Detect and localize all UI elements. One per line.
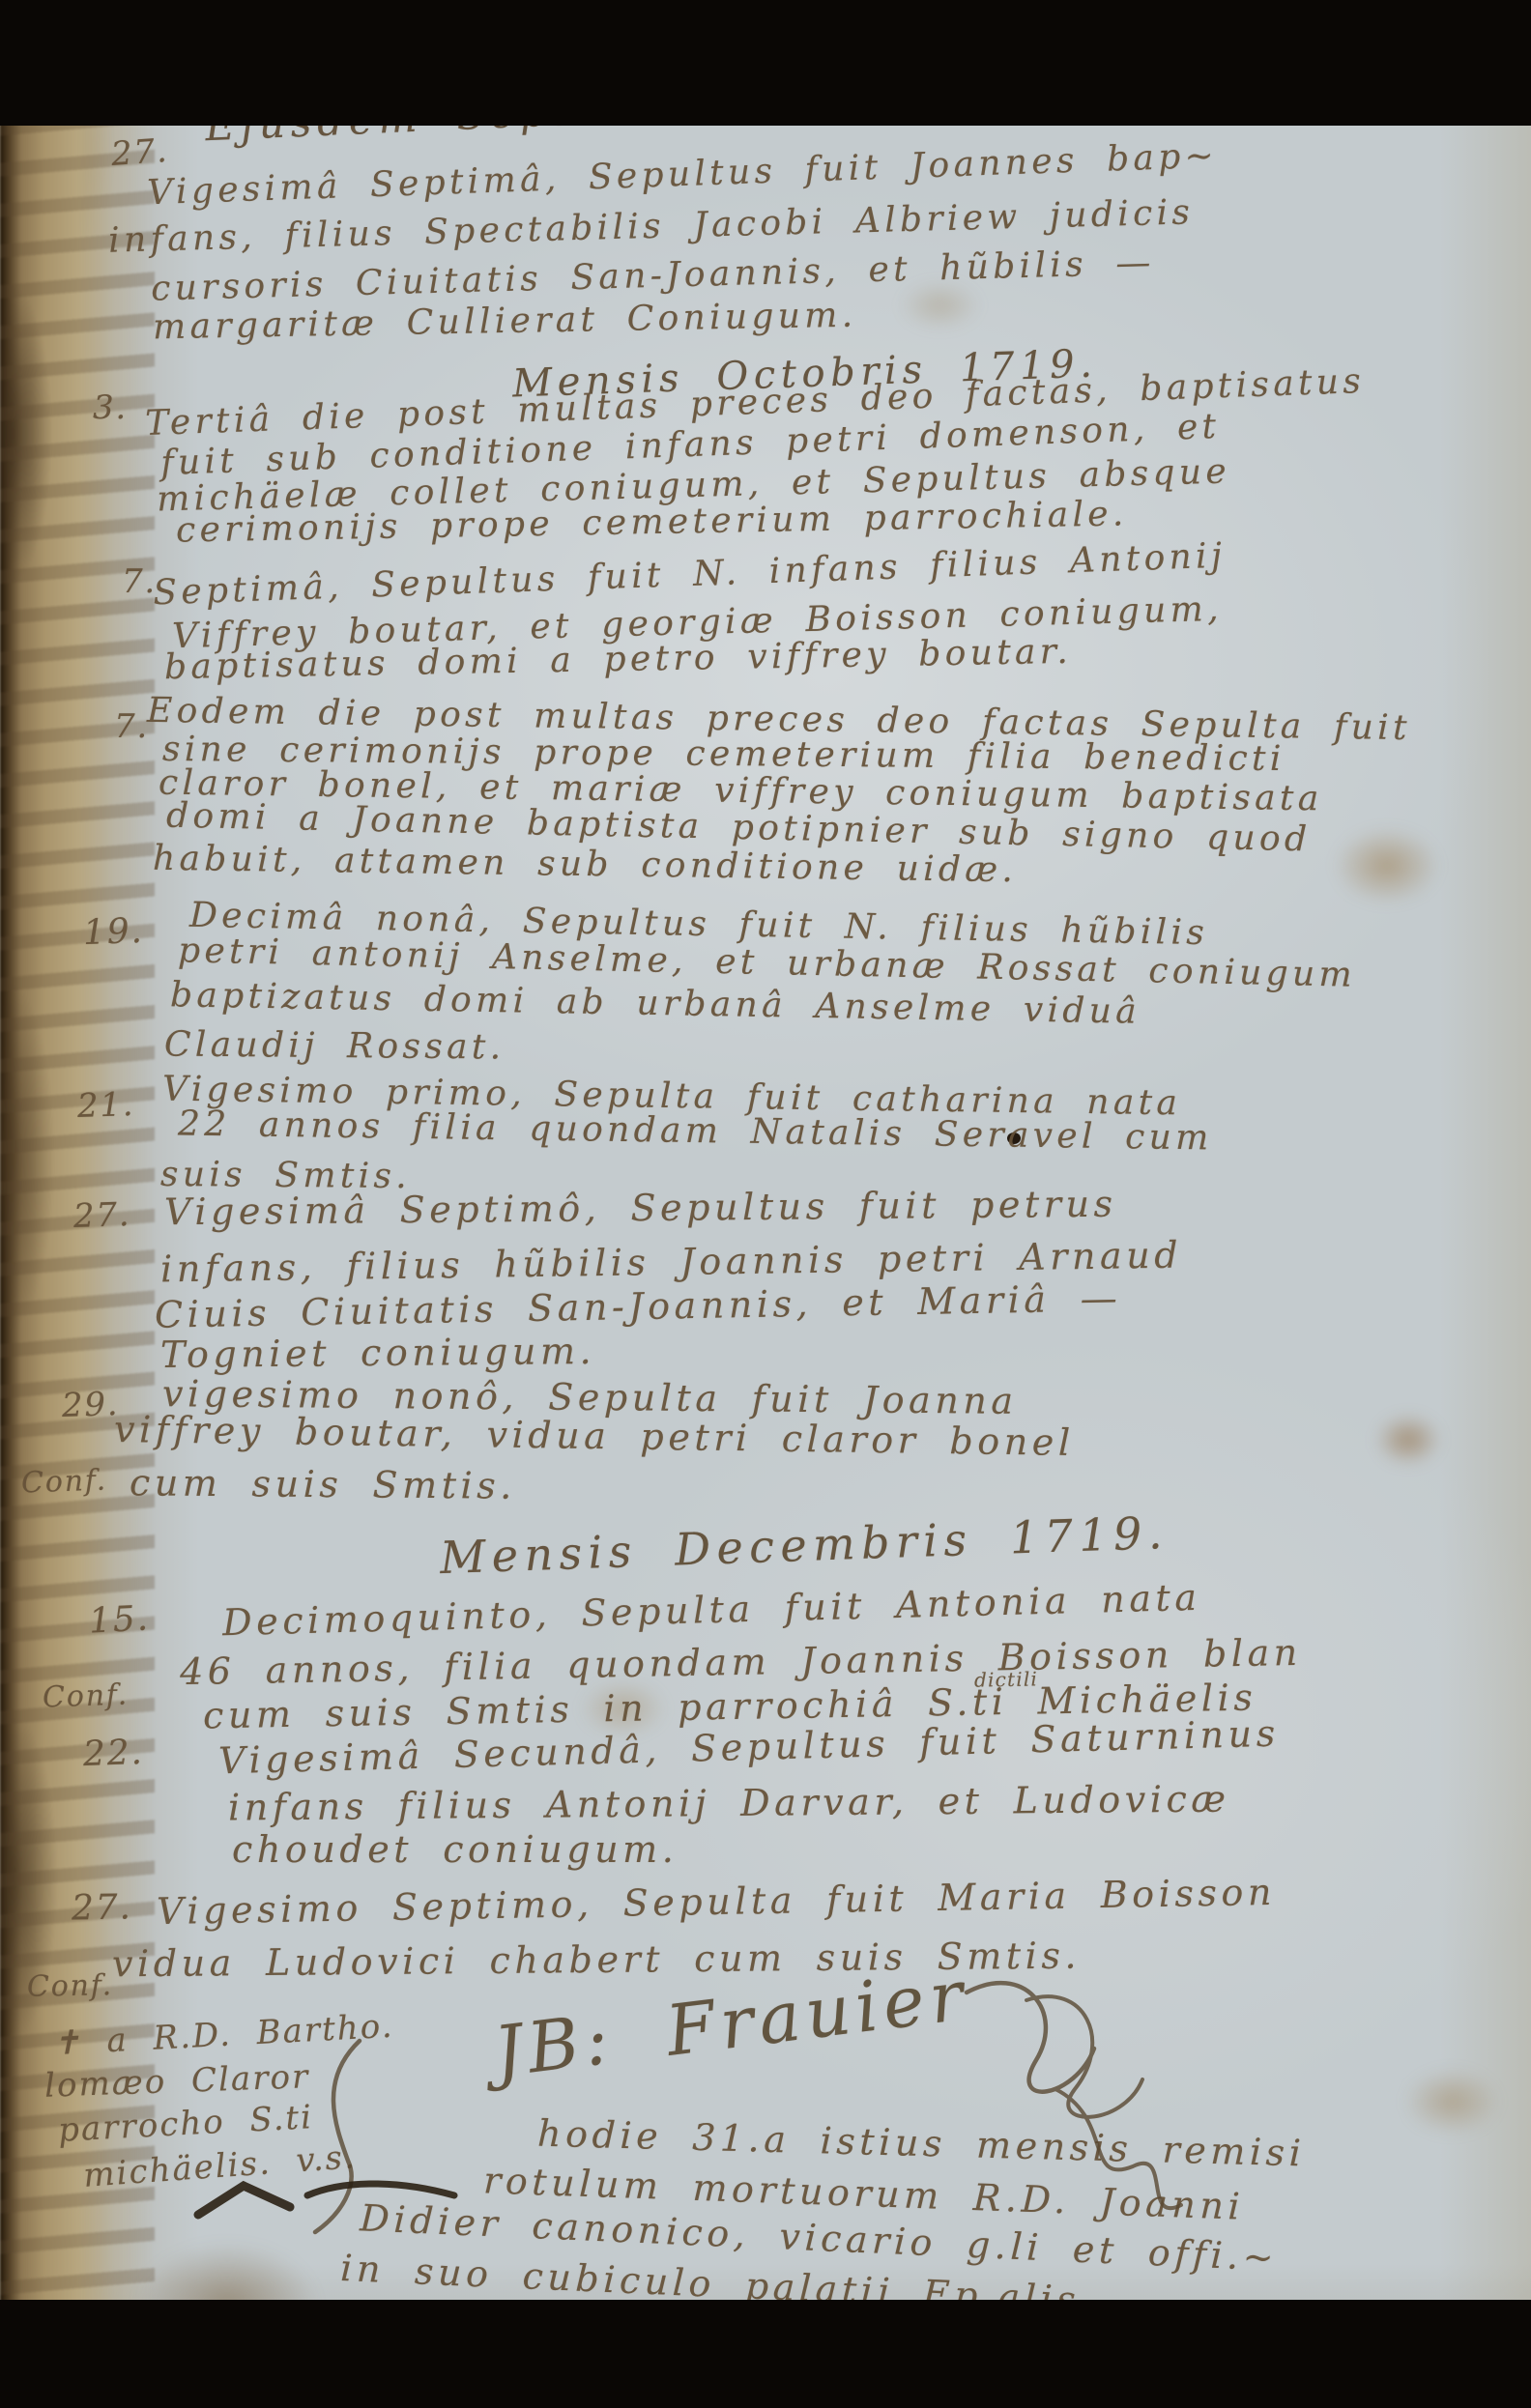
entry-margin-note: Conf. [20,1463,107,1500]
entry-line: choudet coniugum. [232,1828,678,1871]
entry-margin-note: Conf. [27,1968,114,2004]
photo-background-top [0,0,1531,126]
entry-line: Claudij Rossat. [164,1024,506,1067]
entry-line: Vigesimâ Septimô, Sepultus fuit petrus [164,1183,1117,1234]
entry-day: 21. [76,1085,135,1126]
entry-day: 7. [122,562,157,601]
paper-stain [1403,2068,1500,2136]
entry-day: 29. [61,1385,120,1425]
entry-day: 27. [72,1195,131,1236]
paper-stain [1374,1413,1442,1467]
manuscript-scan: 96. Ejusdem Septembris 1719. 27. Vigesim… [0,0,1531,2408]
entry-day: 19. [82,911,144,953]
entry-line: Togniet coniugum. [160,1330,596,1376]
entry-margin-note: Conf. [42,1677,129,1714]
entry-day: 27. [72,1887,132,1928]
entry-day: 7. [114,707,149,746]
entry-line: infans filius Antonij Darvar, et Ludovic… [228,1777,1230,1828]
entry-line: cum suis Smtis. [130,1461,516,1506]
entry-day: 27. [110,131,170,174]
entry-day: 15. [88,1598,151,1641]
paper-stain [1334,827,1440,904]
interlinear-note: dictili [974,1667,1038,1691]
photo-background-bottom [0,2300,1531,2408]
entry-day: 22. [82,1733,144,1774]
entry-day: 3. [93,388,128,427]
